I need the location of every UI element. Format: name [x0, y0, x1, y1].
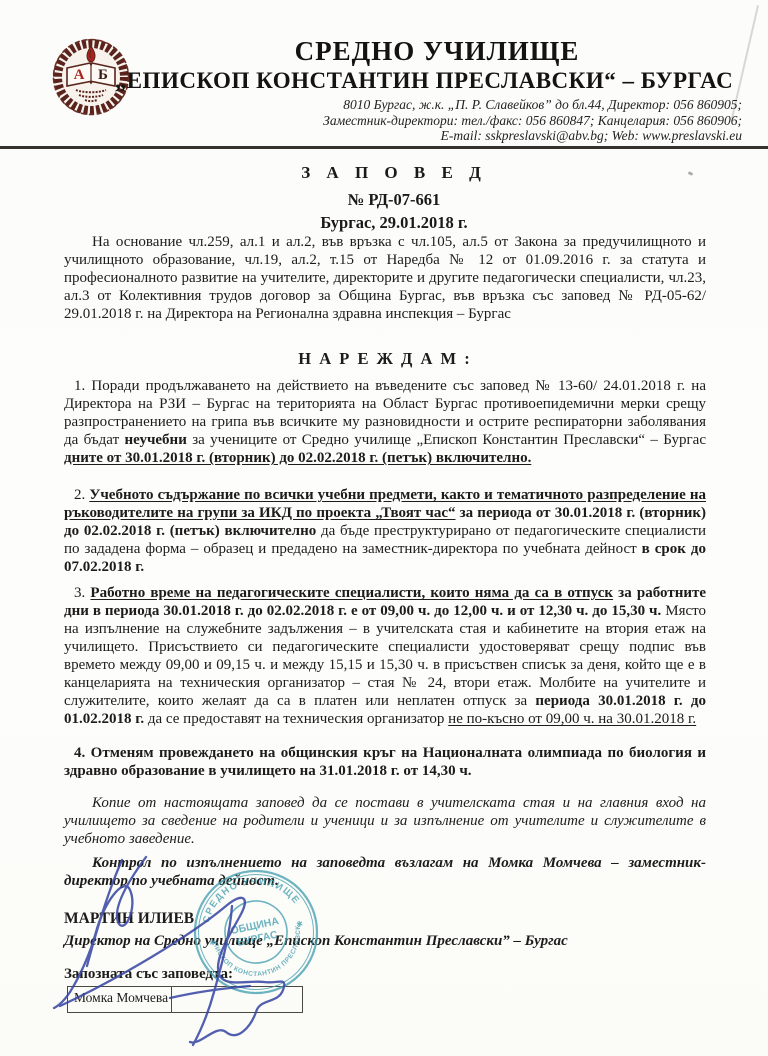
- school-type-heading: СРЕДНО УЧИЛИЩЕ: [130, 36, 744, 67]
- item3-seg6: да се предоставят на техническия организ…: [148, 711, 448, 727]
- address-line-3: E-mail: sskpreslavski@abv.bg; Web: www.p…: [323, 128, 742, 144]
- copy-note-text: Копие от настоящата заповед да се постав…: [64, 795, 706, 847]
- item2-seg1: 2.: [74, 487, 89, 503]
- stamp-icon: СРЕДНО УЧИЛИЩЕ ЕПИСКОП КОНСТАНТИН ПРЕСЛА…: [180, 856, 332, 1008]
- preamble-text: На основание чл.259, ал.1 и ал.2, във вр…: [64, 234, 706, 322]
- school-name-heading: „ЕПИСКОП КОНСТАНТИН ПРЕСЛАВСКИ“ – БУРГАС: [100, 68, 748, 94]
- copy-note-paragraph: Копие от настоящата заповед да се постав…: [64, 794, 706, 848]
- item1-seg2: неучебни: [125, 432, 187, 448]
- command-heading: Н А Р Е Ж Д А М :: [64, 349, 706, 369]
- order-item-2: 2. Учебното съдържание по всички учебни …: [64, 486, 706, 576]
- school-round-stamp: СРЕДНО УЧИЛИЩЕ ЕПИСКОП КОНСТАНТИН ПРЕСЛА…: [180, 856, 332, 1008]
- control-note-text: Контрол по изпълнението на заповедта въз…: [64, 855, 706, 889]
- order-item-1: 1. Поради продължаването на действието н…: [64, 377, 706, 467]
- acknowledge-name-cell: Момка Момчева: [68, 987, 172, 1012]
- scanned-order-document: А Б СРЕДНО УЧИЛИЩЕ „ЕПИСКОП КОНСТАНТИН П…: [0, 0, 768, 1056]
- order-item-4: 4. Отменям провеждането на общинския кръ…: [64, 744, 706, 780]
- school-address-block: 8010 Бургас, ж.к. „П. Р. Славейков” до б…: [323, 97, 742, 144]
- address-line-2: Заместник-директори: тел./факс: 056 8608…: [323, 113, 742, 129]
- stamp-star-right: ✱: [295, 919, 304, 929]
- address-line-1: 8010 Бургас, ж.к. „П. Р. Славейков” до б…: [323, 97, 742, 113]
- item1-seg4: дните от 30.01.2018 г. (вторник) до 02.0…: [64, 450, 531, 466]
- order-place-date: Бургас, 29.01.2018 г.: [64, 213, 724, 233]
- order-title: З А П О В Е Д: [64, 163, 724, 183]
- order-number: № РД-07-661: [64, 190, 724, 210]
- preamble-paragraph: На основание чл.259, ал.1 и ал.2, във вр…: [64, 233, 706, 323]
- director-name: МАРТИН ИЛИЕВ: [64, 910, 194, 928]
- header-divider-rule: [0, 146, 768, 149]
- svg-text:А: А: [74, 67, 85, 83]
- stamp-star-left: ✱: [208, 938, 217, 948]
- item3-seg7: не по-късно от 09,00 ч. на 30.01.2018 г.: [448, 711, 696, 727]
- order-item-3: 3. Работно време на педагогическите спец…: [64, 584, 706, 728]
- control-note-paragraph: Контрол по изпълнението на заповедта въз…: [64, 854, 706, 890]
- item4-text: 4. Отменям провеждането на общинския кръ…: [64, 745, 706, 779]
- item3-seg1: 3.: [74, 585, 90, 601]
- item1-seg3: за учениците от Средно училище „Епископ …: [187, 432, 706, 448]
- item3-seg2: Работно време на педагогическите специал…: [90, 585, 613, 601]
